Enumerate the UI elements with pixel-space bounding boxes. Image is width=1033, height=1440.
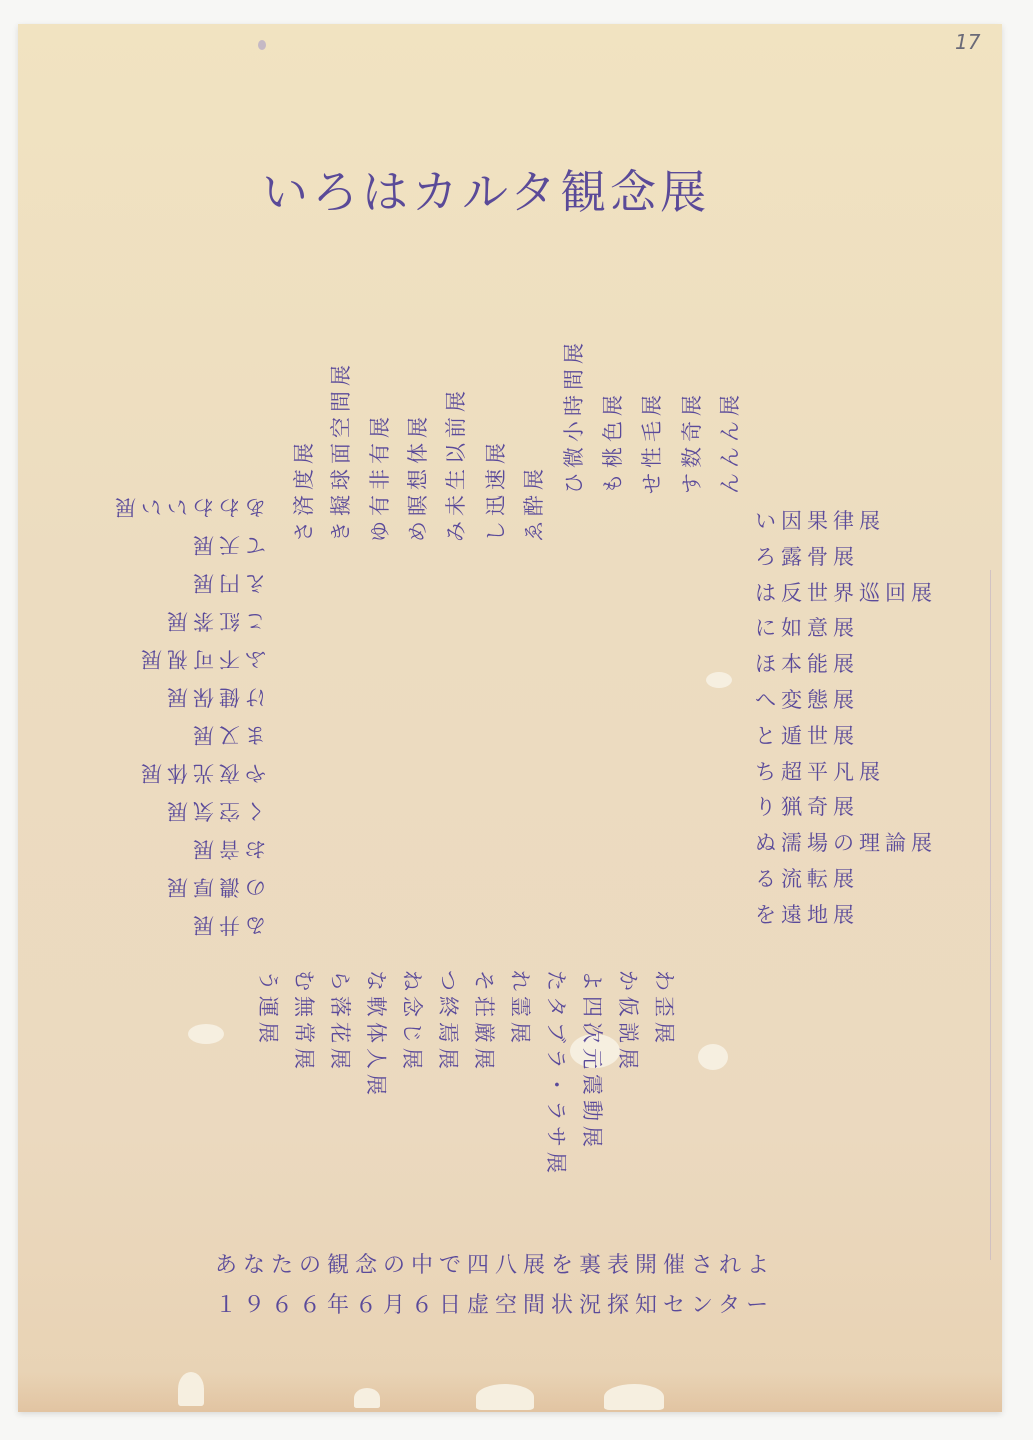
top-column: き擬球面空間展 xyxy=(325,360,355,542)
left-row: ま又展 xyxy=(96,721,266,751)
list-item: り猟奇展 xyxy=(755,792,937,828)
left-row: や夜光体展 xyxy=(96,759,266,789)
top-column: さ済度展 xyxy=(288,438,318,542)
top-column: も桃色展 xyxy=(597,390,627,494)
list-item: ろ露骨展 xyxy=(755,542,937,578)
document-title: いろはカルタ観念展 xyxy=(262,156,710,222)
stain-blot xyxy=(178,1372,204,1406)
footer-line-1: あなたの観念の中で四八展を裏表開催されよ xyxy=(215,1248,775,1279)
ink-mark xyxy=(258,40,266,50)
bottom-column: れ霊展 xyxy=(506,970,536,1048)
bottom-column: つ終焉展 xyxy=(434,970,464,1074)
list-item: へ変態展 xyxy=(755,685,937,721)
bottom-column: よ四次元震動展 xyxy=(578,970,608,1152)
left-row: く空気展 xyxy=(96,797,266,827)
top-column: ゆ有非有展 xyxy=(364,412,394,542)
stain-blot xyxy=(698,1044,728,1070)
left-row: こ紅茶展 xyxy=(96,607,266,637)
list-item: と遁世展 xyxy=(755,721,937,757)
left-row: お音展 xyxy=(96,835,266,865)
bottom-column: む無常展 xyxy=(290,970,320,1074)
bottom-column: たタブラ・ラサ展 xyxy=(542,970,572,1178)
list-item: を遠地展 xyxy=(755,900,937,936)
list-item: ち超平凡展 xyxy=(755,757,937,793)
bottom-column: わ歪展 xyxy=(650,970,680,1048)
top-column: ひ微小時間展 xyxy=(558,338,588,494)
list-item: ぬ濡場の理論展 xyxy=(755,828,937,864)
left-row: ゐ井展 xyxy=(96,911,266,941)
top-column: ゑ酔展 xyxy=(518,464,548,542)
footer-line-2: １９６６年６月６日虚空間状況探知センター xyxy=(215,1288,774,1319)
top-column: め瞑想体展 xyxy=(402,412,432,542)
bottom-column: う運展 xyxy=(254,970,284,1048)
top-column: んんん展 xyxy=(714,390,744,494)
left-row: ふ不可視展 xyxy=(96,645,266,675)
list-item: る流転展 xyxy=(755,864,937,900)
stain-blot xyxy=(604,1384,664,1410)
bottom-column: そ荘厳展 xyxy=(470,970,500,1074)
page-number: 17 xyxy=(955,30,980,54)
left-row: あわわいい展 xyxy=(96,493,266,523)
top-column: す数奇展 xyxy=(676,390,706,494)
left-row: え円展 xyxy=(96,569,266,599)
list-item: い因果律展 xyxy=(755,506,937,542)
stain-blot xyxy=(188,1024,224,1044)
left-row: の濃厚展 xyxy=(96,873,266,903)
bottom-column: ね念じ展 xyxy=(398,970,428,1074)
left-row: て天展 xyxy=(96,531,266,561)
stain-blot xyxy=(476,1384,534,1410)
bottom-column: な軟体人展 xyxy=(362,970,392,1100)
top-column: し迅速展 xyxy=(480,438,510,542)
list-item: ほ本能展 xyxy=(755,649,937,685)
left-row: け健保展 xyxy=(96,683,266,713)
pencil-line xyxy=(990,570,991,1260)
stain-blot xyxy=(706,672,732,688)
top-column: せ性毛展 xyxy=(636,390,666,494)
stain-blot xyxy=(354,1388,380,1408)
list-item: に如意展 xyxy=(755,613,937,649)
bottom-column: ら落花展 xyxy=(326,970,356,1074)
right-block: い因果律展 ろ露骨展 は反世界巡回展 に如意展 ほ本能展 へ変態展 と遁世展 ち… xyxy=(755,506,937,936)
list-item: は反世界巡回展 xyxy=(755,578,937,614)
top-column: み未生以前展 xyxy=(440,386,470,542)
bottom-column: か仮説展 xyxy=(614,970,644,1074)
